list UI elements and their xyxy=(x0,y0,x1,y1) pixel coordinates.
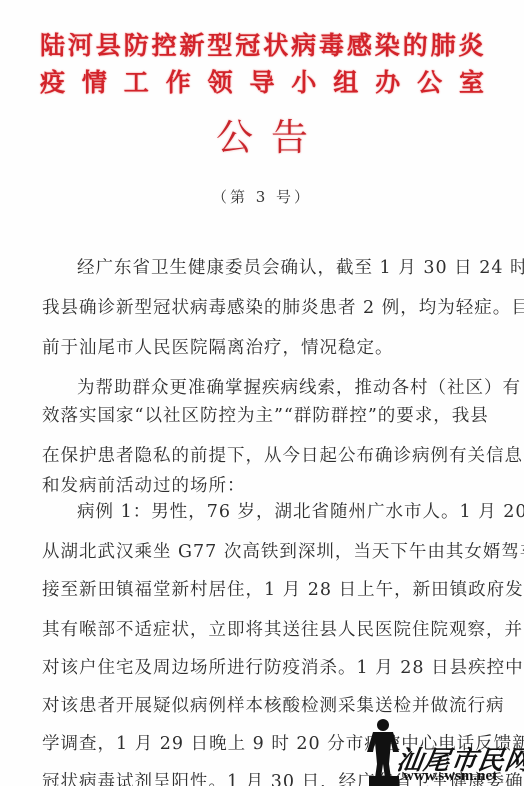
announcement-heading: 公告 xyxy=(0,117,524,159)
document-number: （第 3 号） xyxy=(0,186,524,208)
body-line-11: 其有喉部不适症状，立即将其送往县人民医院住院观察，并 xyxy=(42,618,482,642)
body-line-5: 效落实国家“以社区防控为主”“群防群控”的要求，我县 xyxy=(42,404,482,428)
body-line-8: 病例 1：男性，76 岁，湖北省随州广水市人。1 月 20 日 xyxy=(77,500,482,524)
body-line-9: 从湖北武汉乘坐 G77 次高铁到深圳，当天下午由其女婿驾车 xyxy=(42,540,482,564)
body-line-12: 对该户住宅及周边场所进行防疫消杀。1 月 28 日县疾控中心 xyxy=(42,656,482,680)
body-line-4: 为帮助群众更准确掌握疾病线索，推动各村（社区）有 xyxy=(77,376,482,400)
body-line-7: 和发病前活动过的场所： xyxy=(42,474,482,498)
body-line-2: 我县确诊新型冠状病毒感染的肺炎患者 2 例，均为轻症。目 xyxy=(42,296,482,320)
body-line-1: 经广东省卫生健康委员会确认，截至 1 月 30 日 24 时， xyxy=(77,256,482,280)
title-line-1: 陆河县防控新型冠状病毒感染的肺炎 xyxy=(40,31,484,61)
body-line-10: 接至新田镇福堂新村居住，1 月 28 日上午，新田镇政府发现 xyxy=(42,578,482,602)
body-line-6: 在保护患者隐私的前提下，从今日起公布确诊病例有关信息 xyxy=(42,444,482,468)
title-line-2: 疫情工作领导小组办公室 xyxy=(40,68,484,98)
watermark-url: www.swsm.net xyxy=(403,768,497,785)
document-page: 陆河县防控新型冠状病毒感染的肺炎 疫情工作领导小组办公室 公告 （第 3 号） … xyxy=(0,0,524,786)
body-line-13: 对该患者开展疑似病例样本核酸检测采集送检并做流行病 xyxy=(42,694,482,718)
body-line-3: 前于汕尾市人民医院隔离治疗，情况稳定。 xyxy=(42,336,482,360)
site-watermark: 汕尾市民网 www.swsm.net xyxy=(365,718,524,786)
